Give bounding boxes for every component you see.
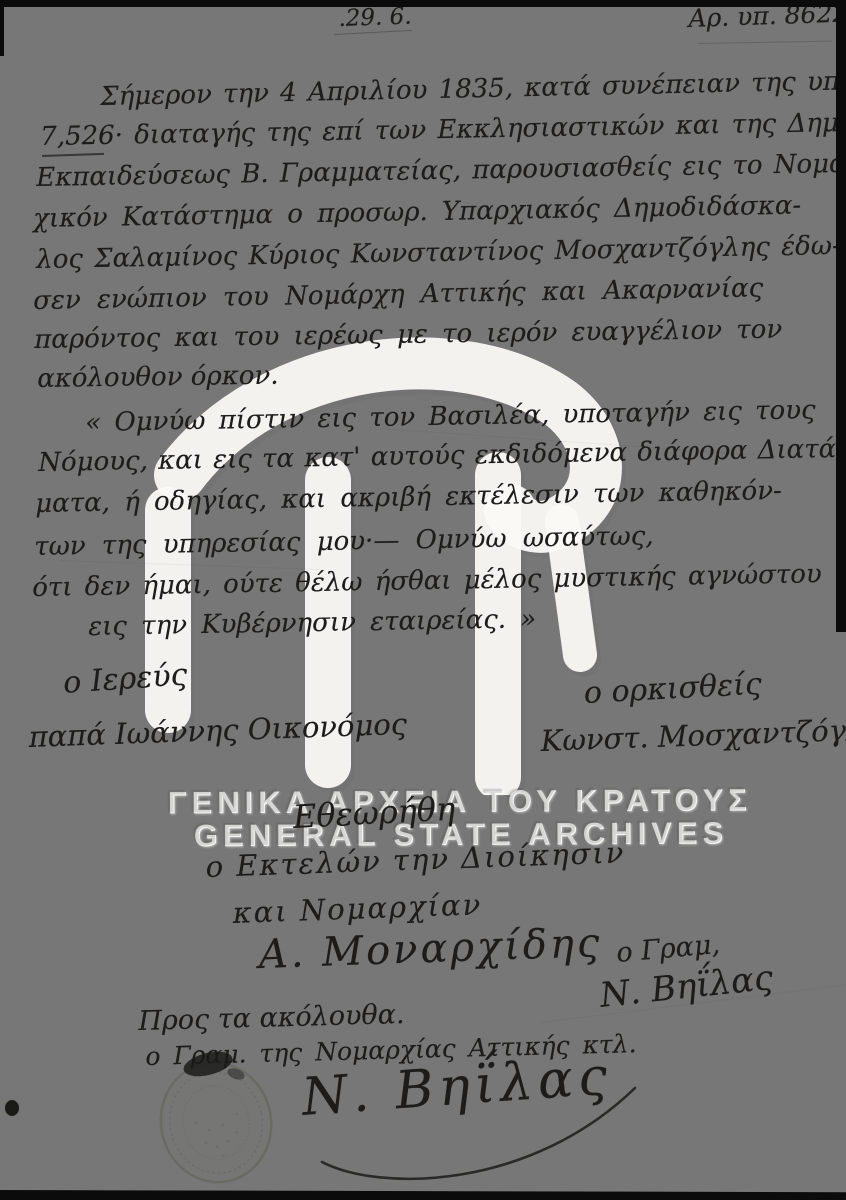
body-line: Εκπαιδεύσεως Β. Γραμματείας, παρουσιασθε… [36, 148, 846, 193]
body-line: παρόντος και του ιερέως με το ιερόν ευαγ… [34, 315, 782, 355]
body-line: ακόλουθον όρκον. [37, 361, 279, 394]
body-line: σεν ενώπιον του Νομάρχη Αττικής και Ακαρ… [33, 273, 763, 316]
certification-line1: Προς τα ακόλουθα. [138, 999, 405, 1037]
body-line: 7,526· διαταγής της επί των Εκκλησιαστικ… [40, 107, 846, 152]
scan-border-left [0, 0, 4, 56]
number-7526-underline [42, 153, 104, 157]
ink-blot-left-edge [5, 1100, 19, 1116]
prefect-signature: Α. Μοναρχίδης [258, 920, 603, 978]
scan-border-right [836, 0, 846, 632]
protocol-underline [698, 41, 832, 44]
scan-border-bottom [0, 1190, 846, 1200]
circular-ink-stamp [150, 1048, 286, 1190]
body-line: λος Σαλαμίνος Κύριος Κωνσταντίνος Μοσχαν… [36, 231, 841, 275]
body-line: Σήμερον την 4 Απριλίου 1835, κατά συνέπε… [100, 65, 846, 112]
scan-border-top [0, 0, 840, 7]
body-line: χικόν Κατάστημα ο προσωρ. Υπαρχιακός Δημ… [33, 191, 801, 234]
annotation-date-number: .29. 6. [338, 3, 412, 32]
endorsement-title-line2: και Νομαρχίαν [232, 887, 483, 930]
secretary-role-label: ο Γραμ, [615, 929, 721, 969]
signature-flourish [280, 1070, 670, 1195]
scanned-document-page: ΓΕΝΙΚΑ ΑΡΧΕΙΑ ΤΟΥ ΚΡΑΤΟΥΣ GENERAL STATE … [0, 0, 846, 1200]
